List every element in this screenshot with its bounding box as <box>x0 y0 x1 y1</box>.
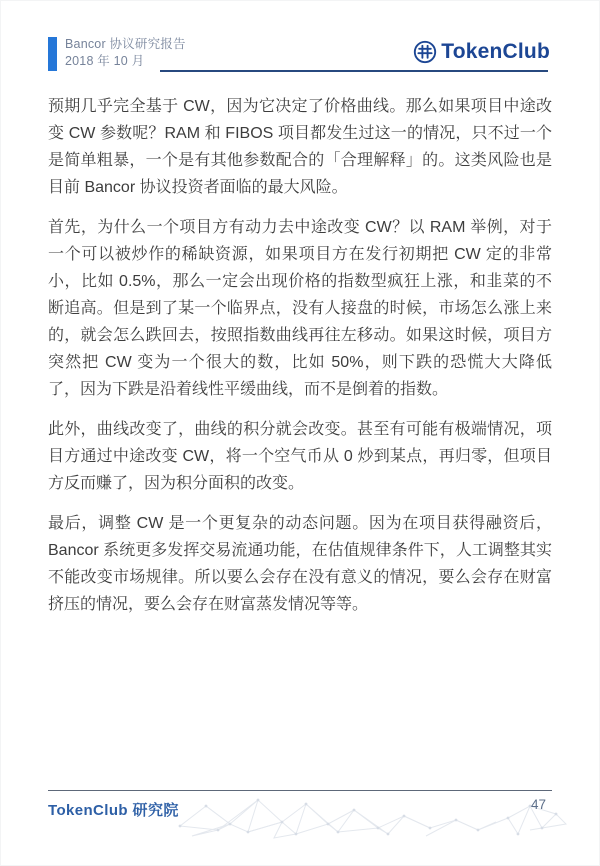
paragraph: 首先，为什么一个项目方有动力去中途改变 CW？以 RAM 举例，对于一个可以被炒… <box>48 214 552 403</box>
report-page: Bancor 协议研究报告 2018 年 10 月 TokenClub 预期几乎… <box>0 0 600 866</box>
tokenclub-logo: TokenClub <box>413 40 550 64</box>
report-title: Bancor 协议研究报告 <box>65 36 186 53</box>
page-header: Bancor 协议研究报告 2018 年 10 月 TokenClub <box>0 0 600 74</box>
paragraph: 最后，调整 CW 是一个更复杂的动态问题。因为在项目获得融资后，Bancor 系… <box>48 510 552 618</box>
header-accent-bar <box>48 37 57 71</box>
page-footer: TokenClub 研究院 47 <box>48 790 552 840</box>
paragraph: 预期几乎完全基于 CW，因为它决定了价格曲线。那么如果项目中途改变 CW 参数呢… <box>48 93 552 201</box>
paragraph: 此外，曲线改变了，曲线的积分就会改变。甚至有可能有极端情况，项目方通过中途改变 … <box>48 416 552 497</box>
tokenclub-coin-icon <box>413 40 437 64</box>
header-divider <box>160 70 548 72</box>
brand-name: TokenClub <box>441 40 550 64</box>
report-body: 预期几乎完全基于 CW，因为它决定了价格曲线。那么如果项目中途改变 CW 参数呢… <box>48 93 552 631</box>
report-date: 2018 年 10 月 <box>65 53 186 70</box>
network-pattern-decoration <box>178 794 568 840</box>
header-meta: Bancor 协议研究报告 2018 年 10 月 <box>65 36 186 70</box>
page-number: 47 <box>531 797 546 812</box>
footer-organization: TokenClub 研究院 <box>48 799 179 820</box>
